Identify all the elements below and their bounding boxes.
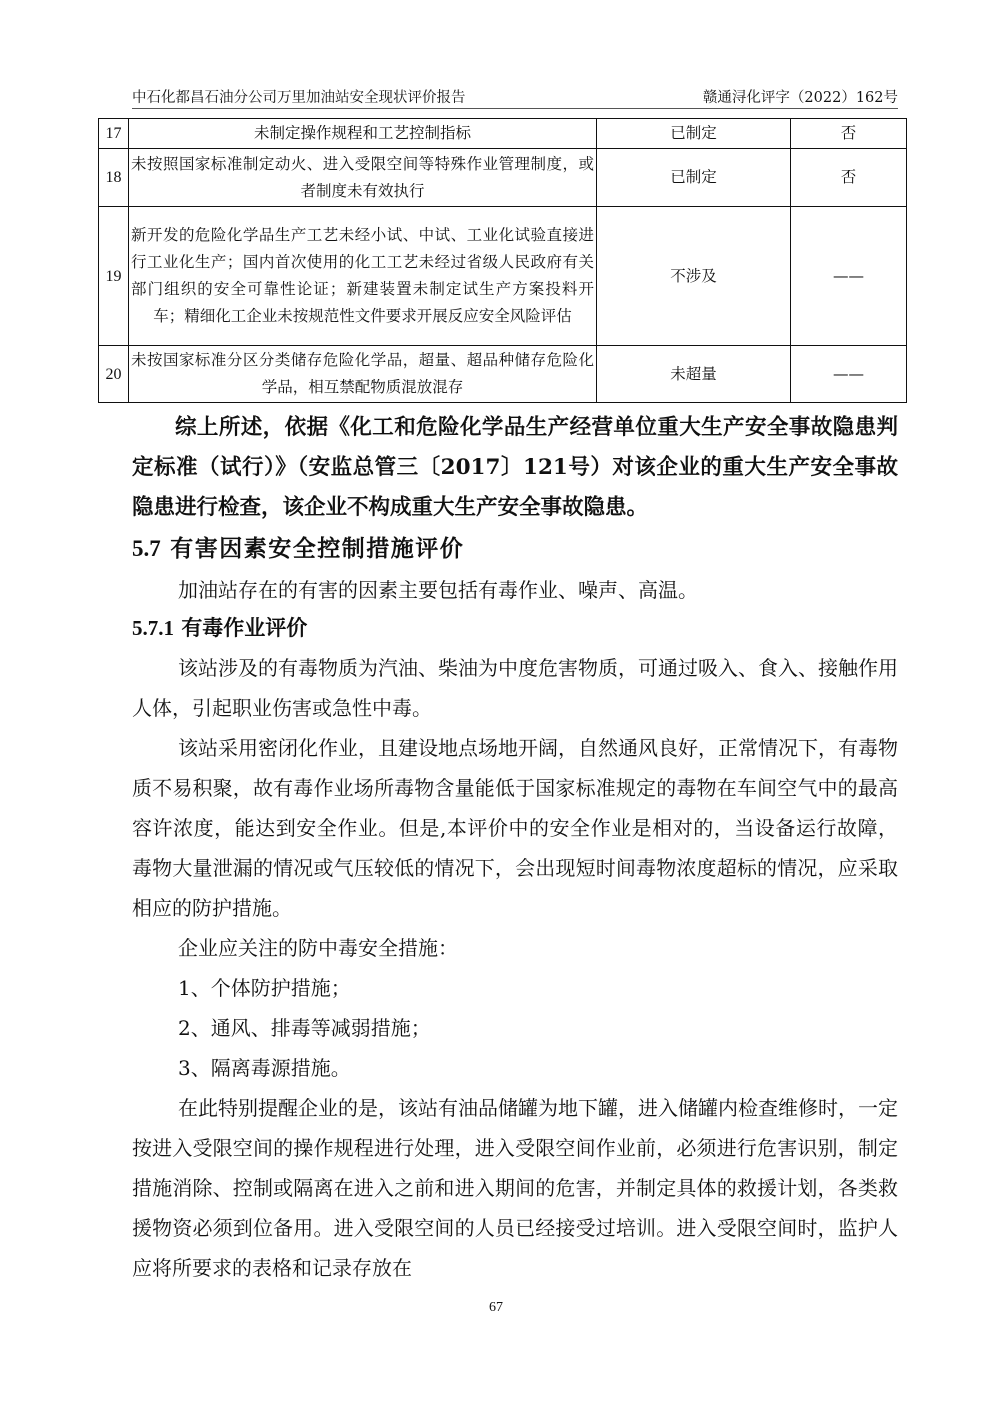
- measure-item: 3、隔离毒源措施。: [178, 1048, 351, 1088]
- row-status: 未超量: [597, 346, 791, 403]
- report-title: 中石化都昌石油分公司万里加油站安全现状评价报告: [132, 86, 466, 107]
- conclusion-paragraph: 综上所述，依据《化工和危险化学品生产经营单位重大生产安全事故隐患判定标准（试行）…: [132, 408, 898, 528]
- row-result: ——: [791, 346, 907, 403]
- paragraph-toxic-substances: 该站涉及的有毒物质为汽油、柴油为中度危害物质，可通过吸入、食入、接触作用人体，引…: [132, 648, 898, 728]
- row-number: 18: [99, 149, 129, 207]
- measure-item: 1、个体防护措施；: [178, 968, 351, 1008]
- row-status: 不涉及: [597, 207, 791, 346]
- measure-item: 2、通风、排毒等减弱措施；: [178, 1008, 431, 1048]
- section-number: 5.7: [132, 536, 161, 561]
- row-result: 否: [791, 149, 907, 207]
- row-item: 未制定操作规程和工艺控制指标: [129, 119, 597, 149]
- table-row: 19 新开发的危险化学品生产工艺未经小试、中试、工业化试验直接进行工业化生产；国…: [99, 207, 907, 346]
- row-number: 20: [99, 346, 129, 403]
- paragraph-measures-intro: 企业应关注的防中毒安全措施：: [132, 928, 898, 968]
- section-title: 有害因素安全控制措施评价: [170, 535, 464, 562]
- row-item: 未按国家标准分区分类储存危险化学品，超量、超品种储存危险化学品，相互禁配物质混放…: [129, 346, 597, 403]
- page-number: 67: [0, 1300, 992, 1316]
- row-result: 否: [791, 119, 907, 149]
- paragraph-confined-space-reminder: 在此特别提醒企业的是，该站有油品储罐为地下罐，进入储罐内检查维修时，一定按进入受…: [132, 1088, 898, 1288]
- subsection-title: 有毒作业评价: [181, 615, 307, 640]
- row-status: 已制定: [597, 149, 791, 207]
- table-row: 17 未制定操作规程和工艺控制指标 已制定 否: [99, 119, 907, 149]
- table-row: 18 未按照国家标准制定动火、进入受限空间等特殊作业管理制度，或者制度未有效执行…: [99, 149, 907, 207]
- section-intro: 加油站存在的有害的因素主要包括有毒作业、噪声、高温。: [132, 570, 898, 610]
- row-item: 未按照国家标准制定动火、进入受限空间等特殊作业管理制度，或者制度未有效执行: [129, 149, 597, 207]
- subsection-heading: 5.7.1 有毒作业评价: [132, 612, 307, 642]
- section-heading: 5.7 有害因素安全控制措施评价: [132, 530, 464, 563]
- row-number: 17: [99, 119, 129, 149]
- row-number: 19: [99, 207, 129, 346]
- page-header: 中石化都昌石油分公司万里加油站安全现状评价报告 赣通浔化评字（2022）162号: [132, 86, 898, 109]
- table-row: 20 未按国家标准分区分类储存危险化学品，超量、超品种储存危险化学品，相互禁配物…: [99, 346, 907, 403]
- row-status: 已制定: [597, 119, 791, 149]
- report-number: 赣通浔化评字（2022）162号: [703, 86, 898, 107]
- row-result: ——: [791, 207, 907, 346]
- paragraph-closed-operation: 该站采用密闭化作业，且建设地点场地开阔，自然通风良好，正常情况下，有毒物质不易积…: [132, 728, 898, 928]
- row-item: 新开发的危险化学品生产工艺未经小试、中试、工业化试验直接进行工业化生产；国内首次…: [129, 207, 597, 346]
- subsection-number: 5.7.1: [132, 616, 174, 640]
- hazard-check-table: 17 未制定操作规程和工艺控制指标 已制定 否 18 未按照国家标准制定动火、进…: [98, 118, 907, 403]
